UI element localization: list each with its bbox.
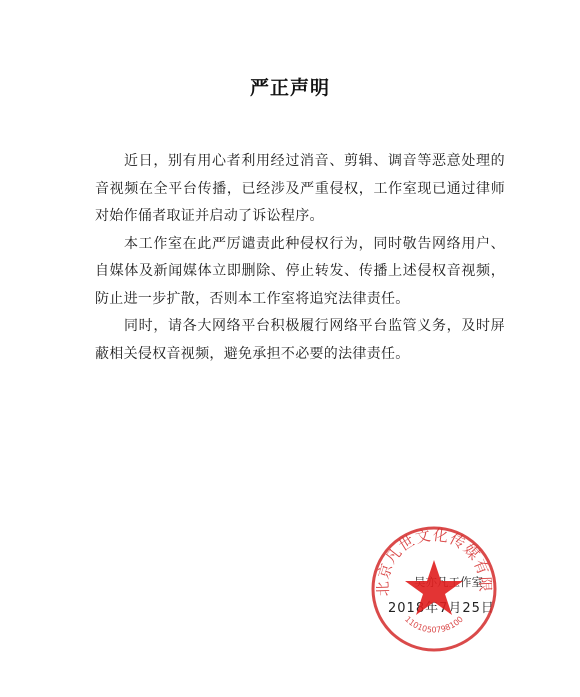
paragraph-3: 同时，请各大网络平台积极履行网络平台监管义务，及时屏蔽相关侵权音视频，避免承担不… (95, 313, 505, 368)
svg-text:1101050798100: 1101050798100 (403, 615, 465, 635)
document-body: 近日，别有用心者利用经过消音、剪辑、调音等恶意处理的音视频在全平台传播，已经涉及… (95, 148, 505, 368)
paragraph-1: 近日，别有用心者利用经过消音、剪辑、调音等恶意处理的音视频在全平台传播，已经涉及… (95, 148, 505, 231)
paragraph-2: 本工作室在此严厉谴责此种侵权行为，同时敬告网络用户、自媒体及新闻媒体立即删除、停… (95, 231, 505, 314)
company-seal-icon: 北京凡世文化传媒有限公司 1101050798100 (369, 524, 499, 654)
document-title: 严正声明 (0, 73, 580, 100)
seal-number: 1101050798100 (403, 615, 465, 635)
